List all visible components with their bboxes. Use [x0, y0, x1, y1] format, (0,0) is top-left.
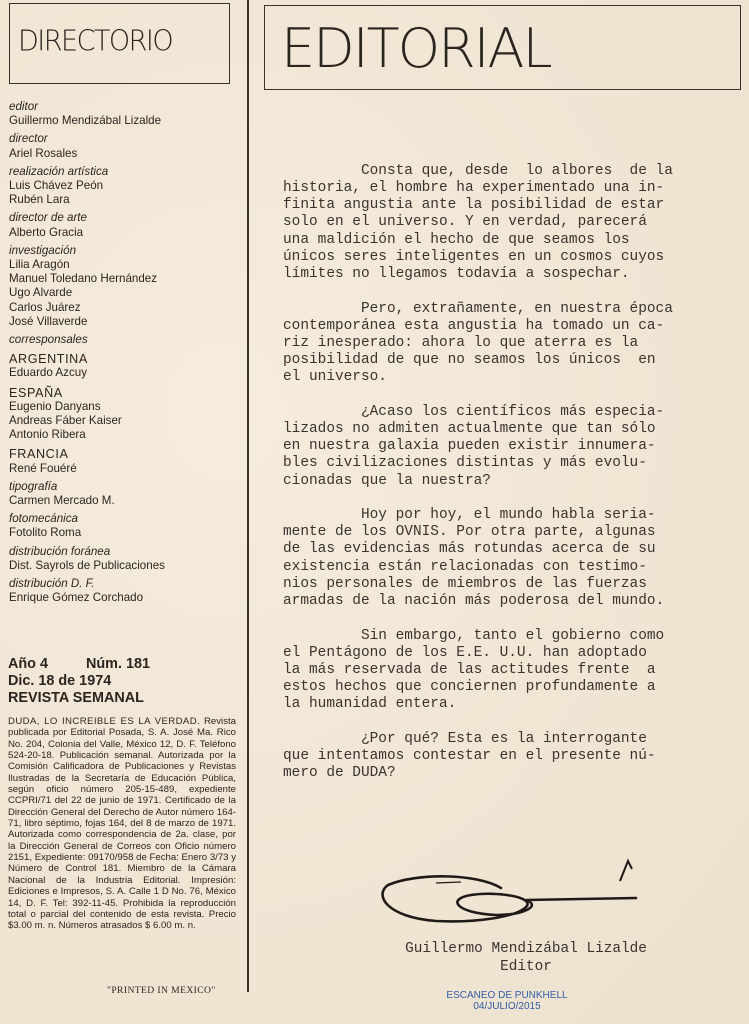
staff-name: Dist. Sayrols de Publicaciones — [9, 559, 245, 573]
staff-role: investigación — [9, 244, 245, 258]
editorial-line: la humanidad entera. — [283, 696, 741, 713]
issue-info: Año 4Núm. 181 Dic. 18 de 1974 REVISTA SE… — [8, 656, 150, 707]
editorial-title: EDITORIAL — [281, 14, 551, 84]
editorial-line: nios personales de miembros de las fuerz… — [283, 576, 741, 593]
editorial-line: la más reservada de las actitudes frente… — [283, 662, 741, 679]
editorial-line: bles civilizaciones distintas y más evol… — [283, 455, 741, 472]
issue-number: Núm. 181 — [86, 656, 150, 673]
staff-name: Alberto Gracia — [9, 226, 245, 240]
editorial-line: Pero, extrañamente, en nuestra época — [283, 301, 741, 318]
staff-name: Rubén Lara — [9, 193, 245, 207]
editorial-line: estos hechos que conciernen profundament… — [283, 679, 741, 696]
editorial-line: lizados no admiten actualmente que tan s… — [283, 421, 741, 438]
staff-role: fotomecánica — [9, 512, 245, 526]
editorial-line: que intentamos contestar en el presente … — [283, 748, 741, 765]
directorio-column: DIRECTORIO editorGuillermo Mendizábal Li… — [0, 0, 248, 1000]
editorial-line: Consta que, desde lo albores de la — [283, 163, 741, 180]
editorial-line: en nuestra galaxia pueden existir innume… — [283, 438, 741, 455]
correspondent-name: Andreas Fáber Kaiser — [9, 414, 245, 428]
issue-frequency: REVISTA SEMANAL — [8, 690, 150, 707]
correspondent-name: Eugenio Danyans — [9, 400, 245, 414]
correspondent-country: ESPAÑA — [9, 386, 245, 400]
editorial-paragraph: Consta que, desde lo albores de lahistor… — [283, 163, 741, 283]
editorial-line: riz inesperado: ahora lo que aterra es l… — [283, 335, 741, 352]
editorial-line: mente de los OVNIS. Por otra parte, algu… — [283, 524, 741, 541]
staff-name: Ugo Alvarde — [9, 286, 245, 300]
signature-title: Editor — [376, 958, 676, 976]
signature-name: Guillermo Mendizábal Lizalde — [376, 940, 676, 958]
staff-name: Fotolito Roma — [9, 526, 245, 540]
signature-block: Guillermo Mendizábal Lizalde Editor — [376, 940, 676, 976]
scan-credit-line2: 04/JULIO/2015 — [422, 1001, 592, 1012]
staff-name: Carlos Juárez — [9, 301, 245, 315]
staff-name: Guillermo Mendizábal Lizalde — [9, 114, 245, 128]
editorial-line: Hoy por hoy, el mundo habla seria- — [283, 507, 741, 524]
editorial-paragraph: Hoy por hoy, el mundo habla seria-mente … — [283, 507, 741, 610]
staff-name: Luis Chávez Peón — [9, 179, 245, 193]
editorial-line: de las evidencias más rotundas acerca de… — [283, 541, 741, 558]
staff-name: Ariel Rosales — [9, 147, 245, 161]
scan-credit: ESCANEO DE PUNKHELL 04/JULIO/2015 — [422, 990, 592, 1012]
directorio-title: DIRECTORIO — [18, 25, 172, 58]
editorial-line: cionadas que la nuestra? — [283, 473, 741, 490]
editorial-paragraph: Pero, extrañamente, en nuestra épocacont… — [283, 301, 741, 387]
editorial-line: posibilidad de que no seamos los únicos … — [283, 352, 741, 369]
staff-name: Enrique Gómez Corchado — [9, 591, 245, 605]
editorial-line: finita angustia ante la posibilidad de e… — [283, 197, 741, 214]
staff-role: distribución foránea — [9, 545, 245, 559]
editorial-line: el universo. — [283, 369, 741, 386]
editorial-line: mero de DUDA? — [283, 765, 741, 782]
editorial-line: Sin embargo, tanto el gobierno como — [283, 628, 741, 645]
staff-role: realización artística — [9, 165, 245, 179]
issue-date: Dic. 18 de 1974 — [8, 673, 150, 690]
staff-name: Carmen Mercado M. — [9, 494, 245, 508]
staff-name: Lilia Aragón — [9, 258, 245, 272]
staff-role: distribución D. F. — [9, 577, 245, 591]
editorial-line: armadas de la nación más poderosa del mu… — [283, 593, 741, 610]
legal-text: Revista publicada por Editorial Posada, … — [8, 716, 236, 931]
correspondent-name: René Fouéré — [9, 462, 245, 476]
staff-role: tipografía — [9, 480, 245, 494]
editorial-line: únicos seres inteligentes en un cosmos c… — [283, 249, 741, 266]
editorial-line: solo en el universo. Y en verdad, parece… — [283, 214, 741, 231]
issue-year: Año 4 — [8, 656, 86, 673]
editorial-paragraph: ¿Por qué? Esta es la interroganteque int… — [283, 731, 741, 782]
staff-role: editor — [9, 100, 245, 114]
editorial-body: Consta que, desde lo albores de lahistor… — [283, 163, 741, 800]
editorial-line: existencia están relacionadas con testim… — [283, 559, 741, 576]
correspondent-name: Antonio Ribera — [9, 428, 245, 442]
correspondent-country: ARGENTINA — [9, 352, 245, 366]
editorial-paragraph: ¿Acaso los científicos más especia-lizad… — [283, 404, 741, 490]
staff-role: director — [9, 132, 245, 146]
printed-in-mexico: "PRINTED IN MEXICO" — [107, 985, 216, 996]
staff-name: José Villaverde — [9, 315, 245, 329]
editorial-paragraph: Sin embargo, tanto el gobierno comoel Pe… — [283, 628, 741, 714]
editorial-line: contemporánea esta angustia ha tomado un… — [283, 318, 741, 335]
staff-role: director de arte — [9, 211, 245, 225]
editorial-line: el Pentágono de los E.E. U.U. han adopta… — [283, 645, 741, 662]
editorial-line: ¿Acaso los científicos más especia- — [283, 404, 741, 421]
editorial-line: una maldición el hecho de que seamos los — [283, 232, 741, 249]
legal-notice: DUDA, LO INCREIBLE ES LA VERDAD. Revista… — [8, 716, 236, 932]
staff-role: corresponsales — [9, 333, 245, 347]
column-divider — [247, 0, 249, 992]
scan-credit-line1: ESCANEO DE PUNKHELL — [422, 990, 592, 1001]
staff-list: editorGuillermo Mendizábal Lizaldedirect… — [9, 100, 245, 606]
editorial-line: ¿Por qué? Esta es la interrogante — [283, 731, 741, 748]
editorial-line: historia, el hombre ha experimentado una… — [283, 180, 741, 197]
correspondent-country: FRANCIA — [9, 447, 245, 461]
staff-name: Manuel Toledano Hernández — [9, 272, 245, 286]
legal-lead: DUDA, LO INCREIBLE ES LA VERDAD. — [8, 716, 200, 727]
signature-icon — [376, 855, 676, 930]
editorial-line: límites no llegamos todavía a sospechar. — [283, 266, 741, 283]
correspondent-name: Eduardo Azcuy — [9, 366, 245, 380]
